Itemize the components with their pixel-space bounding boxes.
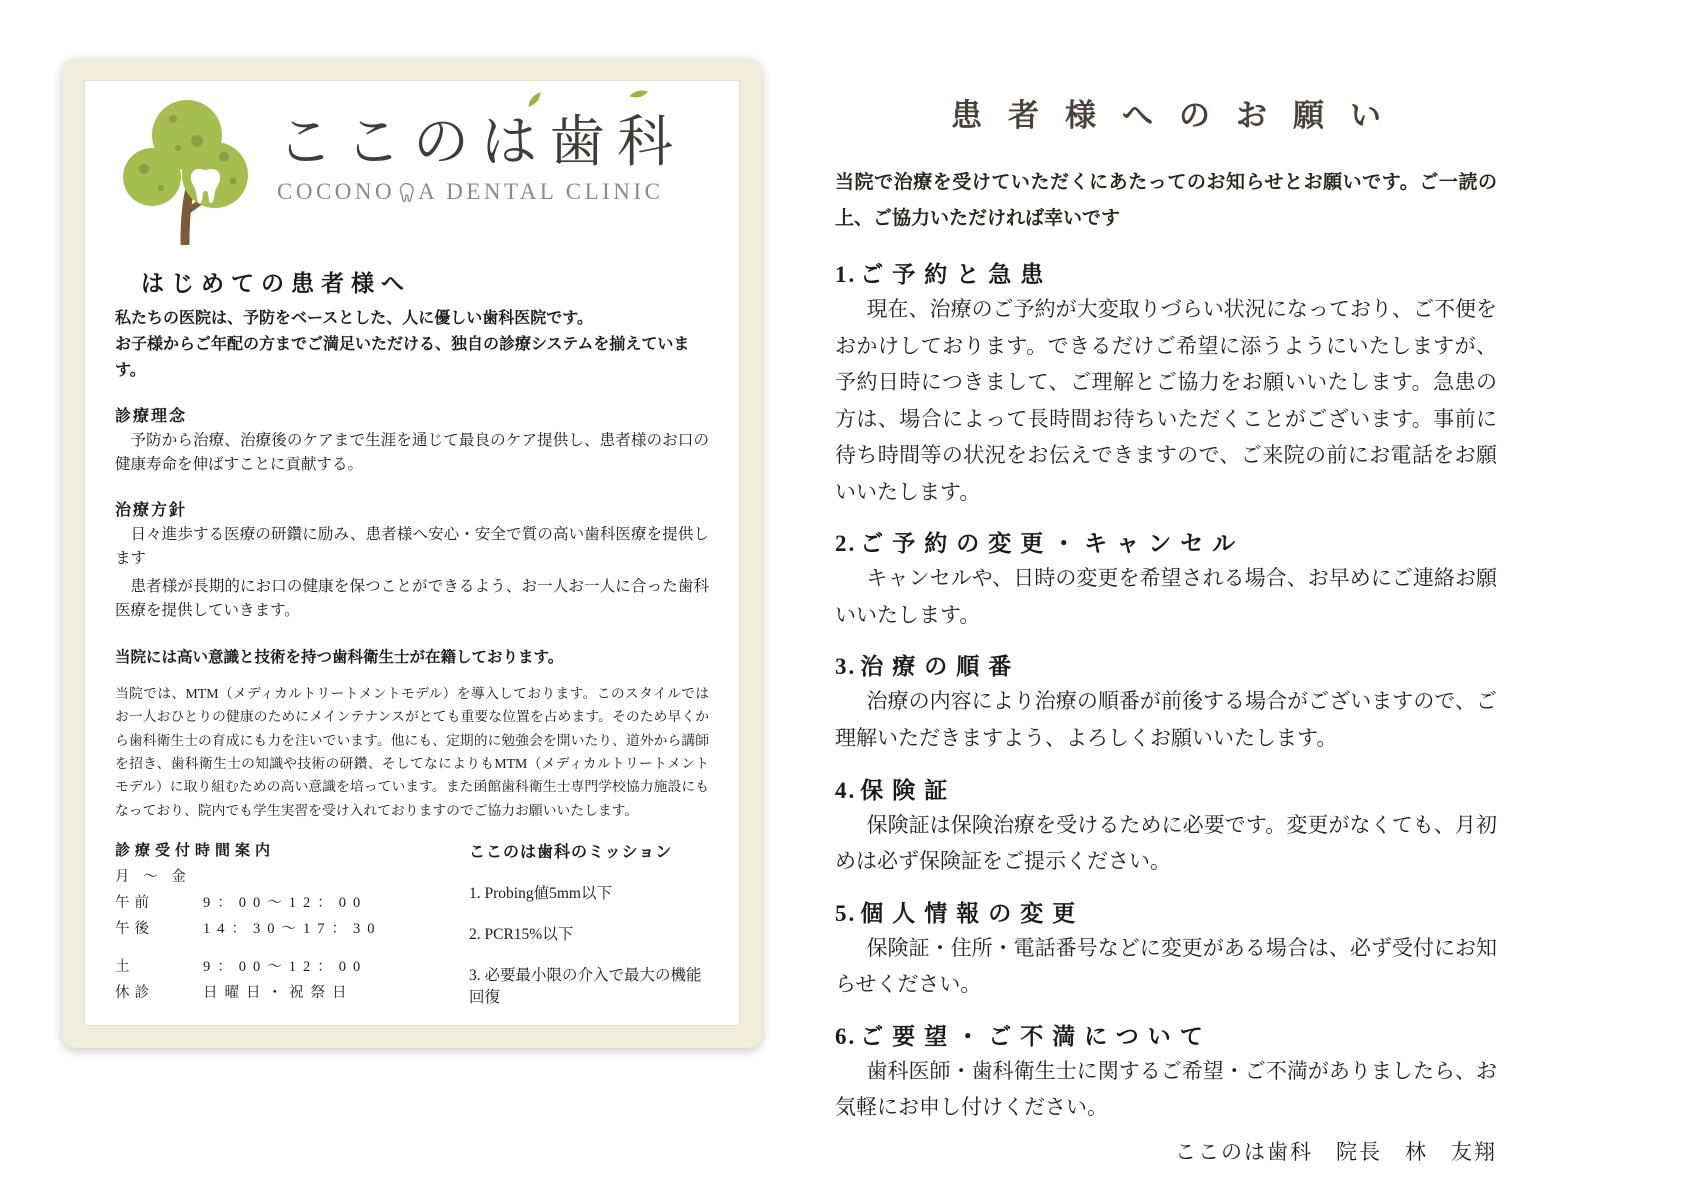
- intro-line: 私たちの医院は、予防をベースとした、人に優しい歯科医院です。: [115, 306, 709, 332]
- notice-section-title: 6.ご要望・ご不満について: [835, 1018, 1497, 1051]
- mission-section: ここのは歯科のミッション 1. Probing値5mm以下 2. PCR15%以…: [463, 839, 709, 1007]
- flyer-intro: 私たちの医院は、予防をベースとした、人に優しい歯科医院です。 お子様からご年配の…: [115, 306, 709, 384]
- notice-section-name: 治療の順番: [860, 654, 1020, 679]
- policy-body: 日々進歩する医療の研鑽に励み、患者様へ安心・安全で質の高い歯科医療を提供します: [115, 523, 709, 572]
- notice-section-number: 5.: [835, 901, 856, 926]
- hours-weekday-row: 月 ～ 金: [115, 865, 463, 886]
- notice-section-body: 治療の内容により治療の順番が前後する場合がございますので、ご理解いただきますよう…: [835, 683, 1497, 756]
- tooth-glyph-icon: [398, 182, 415, 203]
- clinic-logo: ここのは歯科 COCONO A DENTAL CLINIC: [115, 95, 709, 245]
- notice-section-title: 2.ご予約の変更・キャンセル: [835, 525, 1497, 558]
- notice-section: 1.ご予約と急患 現在、治療のご予約が大変取りづらい状況になっており、ご不便をお…: [835, 256, 1497, 510]
- tree-logo-icon: [121, 95, 253, 245]
- notice-section-number: 2.: [835, 531, 856, 556]
- mtm-paragraph: 当院では、MTM（メディカルトリートメントモデル）を導入しております。このスタイ…: [115, 682, 709, 823]
- hours-row: 休診 日曜日・祝祭日: [115, 981, 463, 1002]
- notice-intro: 当院で治療を受けていただくにあたってのお知らせとお願いです。ご一読の上、ご協力い…: [835, 165, 1497, 237]
- hours-row-label: 午後: [115, 917, 203, 938]
- hours-section: 診療受付時間案内 月 ～ 金 午前 9：00～12：00 午後 14：30～17…: [115, 839, 463, 1007]
- notice-section: 4.保険証 保険証は保険治療を受けるために必要です。変更がなくても、月初めは必ず…: [835, 772, 1497, 880]
- clinic-flyer-page: ここのは歯科 COCONO A DENTAL CLINIC はじめての患者様へ …: [84, 80, 740, 1026]
- hours-row-label: 土: [115, 955, 203, 976]
- notice-section-body: 歯科医師・歯科衛生士に関するご希望・ご不満がありましたら、お気軽にお申し付けくだ…: [835, 1053, 1497, 1126]
- notice-section-number: 1.: [835, 262, 856, 287]
- clinic-name-en-suffix: A DENTAL CLINIC: [418, 179, 663, 205]
- notice-section-body: キャンセルや、日時の変更を希望される場合、お早めにご連絡お願いいたします。: [835, 560, 1497, 633]
- hygienist-note: 当院には高い意識と技術を持つ歯科衛生士が在籍しております。: [115, 645, 709, 667]
- hours-row: 午後 14：30～17：30: [115, 917, 463, 938]
- signature-line: ここのは歯科 院長 林 友翔: [835, 1136, 1497, 1166]
- notice-section-name: 保険証: [860, 778, 956, 803]
- patient-notice-page: 患者様へのお願い 当院で治療を受けていただくにあたってのお知らせとお願いです。ご…: [835, 90, 1497, 1166]
- policy-section: 治療方針 日々進歩する医療の研鑽に励み、患者様へ安心・安全で質の高い歯科医療を提…: [115, 497, 709, 624]
- clinic-name-en-prefix: COCONO: [277, 179, 395, 205]
- hours-title: 診療受付時間案内: [115, 839, 463, 860]
- philosophy-section: 診療理念 予防から治療、治療後のケアまで生涯を通じて最良のケア提供し、患者様のお…: [115, 403, 709, 478]
- notice-section-number: 6.: [835, 1024, 856, 1049]
- leaf-icon: [524, 89, 551, 110]
- mission-item: 3. 必要最小限の介入で最大の機能回復: [469, 963, 709, 1007]
- policy-title: 治療方針: [115, 497, 709, 520]
- philosophy-title: 診療理念: [115, 403, 709, 426]
- notice-title: 患者様へのお願い: [835, 90, 1497, 135]
- intro-line: お子様からご年配の方までご満足いただける、独自の診療システムを揃えています。: [115, 332, 709, 384]
- notice-section: 6.ご要望・ご不満について 歯科医師・歯科衛生士に関するご希望・ご不満がありまし…: [835, 1018, 1497, 1126]
- staff-section: スタッフ 院長 歯科医師 林 友翔 歯科医師 市島 沙織 歯科衛生士 6名: [115, 1023, 709, 1026]
- notice-section-title: 3.治療の順番: [835, 648, 1497, 681]
- hours-row-label: 午前: [115, 891, 203, 912]
- philosophy-body: 予防から治療、治療後のケアまで生涯を通じて最良のケア提供し、患者様のお口の健康寿…: [115, 429, 709, 478]
- notice-section-name: 個人情報の変更: [860, 901, 1084, 926]
- hours-row-time: 9：00～12：00: [203, 891, 367, 912]
- notice-section-name: ご予約の変更・キャンセル: [860, 531, 1244, 556]
- clinic-name-english: COCONO A DENTAL CLINIC: [277, 179, 685, 205]
- notice-section: 5.個人情報の変更 保険証・住所・電話番号などに変更がある場合は、必ず受付にお知…: [835, 895, 1497, 1003]
- notice-section: 3.治療の順番 治療の内容により治療の順番が前後する場合がございますので、ご理解…: [835, 648, 1497, 756]
- hours-row: 土 9：00～12：00: [115, 955, 463, 976]
- mission-item: 1. Probing値5mm以下: [469, 881, 709, 903]
- flyer-bottom-columns: 診療受付時間案内 月 ～ 金 午前 9：00～12：00 午後 14：30～17…: [115, 839, 709, 1007]
- hours-row-time: 14：30～17：30: [203, 917, 382, 938]
- notice-section-number: 3.: [835, 654, 856, 679]
- mission-title: ここのは歯科のミッション: [469, 839, 709, 862]
- clinic-wordmark: ここのは歯科 COCONO A DENTAL CLINIC: [277, 95, 685, 205]
- hours-row: 午前 9：00～12：00: [115, 891, 463, 912]
- notice-section-body: 保険証は保険治療を受けるために必要です。変更がなくても、月初めは必ず保険証をご提…: [835, 807, 1497, 880]
- notice-section-title: 1.ご予約と急患: [835, 256, 1497, 289]
- notice-section-name: ご予約と急患: [860, 262, 1052, 287]
- leaf-icon: [627, 83, 655, 107]
- notice-section-body: 保険証・住所・電話番号などに変更がある場合は、必ず受付にお知らせください。: [835, 930, 1497, 1003]
- policy-body: 患者様が長期的にお口の健康を保つことができるよう、お一人お一人に合った歯科医療を…: [115, 575, 709, 624]
- notice-section-number: 4.: [835, 778, 856, 803]
- hours-row-time: 9：00～12：00: [203, 955, 367, 976]
- hours-row-label: 休診: [115, 981, 203, 1002]
- notice-section-body: 現在、治療のご予約が大変取りづらい状況になっており、ご不便をおかけしております。…: [835, 291, 1497, 510]
- notice-section-title: 5.個人情報の変更: [835, 895, 1497, 928]
- hours-weekday-label: 月 ～ 金: [115, 865, 191, 886]
- flyer-heading: はじめての患者様へ: [141, 265, 709, 298]
- hours-row-time: 日曜日・祝祭日: [203, 981, 354, 1002]
- mission-item: 2. PCR15%以下: [469, 922, 709, 944]
- clinic-name-japanese: ここのは歯科: [277, 111, 685, 175]
- staff-title: スタッフ: [115, 1023, 709, 1026]
- clinic-flyer-card: ここのは歯科 COCONO A DENTAL CLINIC はじめての患者様へ …: [62, 58, 762, 1048]
- notice-section-title: 4.保険証: [835, 772, 1497, 805]
- notice-section: 2.ご予約の変更・キャンセル キャンセルや、日時の変更を希望される場合、お早めに…: [835, 525, 1497, 633]
- notice-section-name: ご要望・ご不満について: [860, 1024, 1212, 1049]
